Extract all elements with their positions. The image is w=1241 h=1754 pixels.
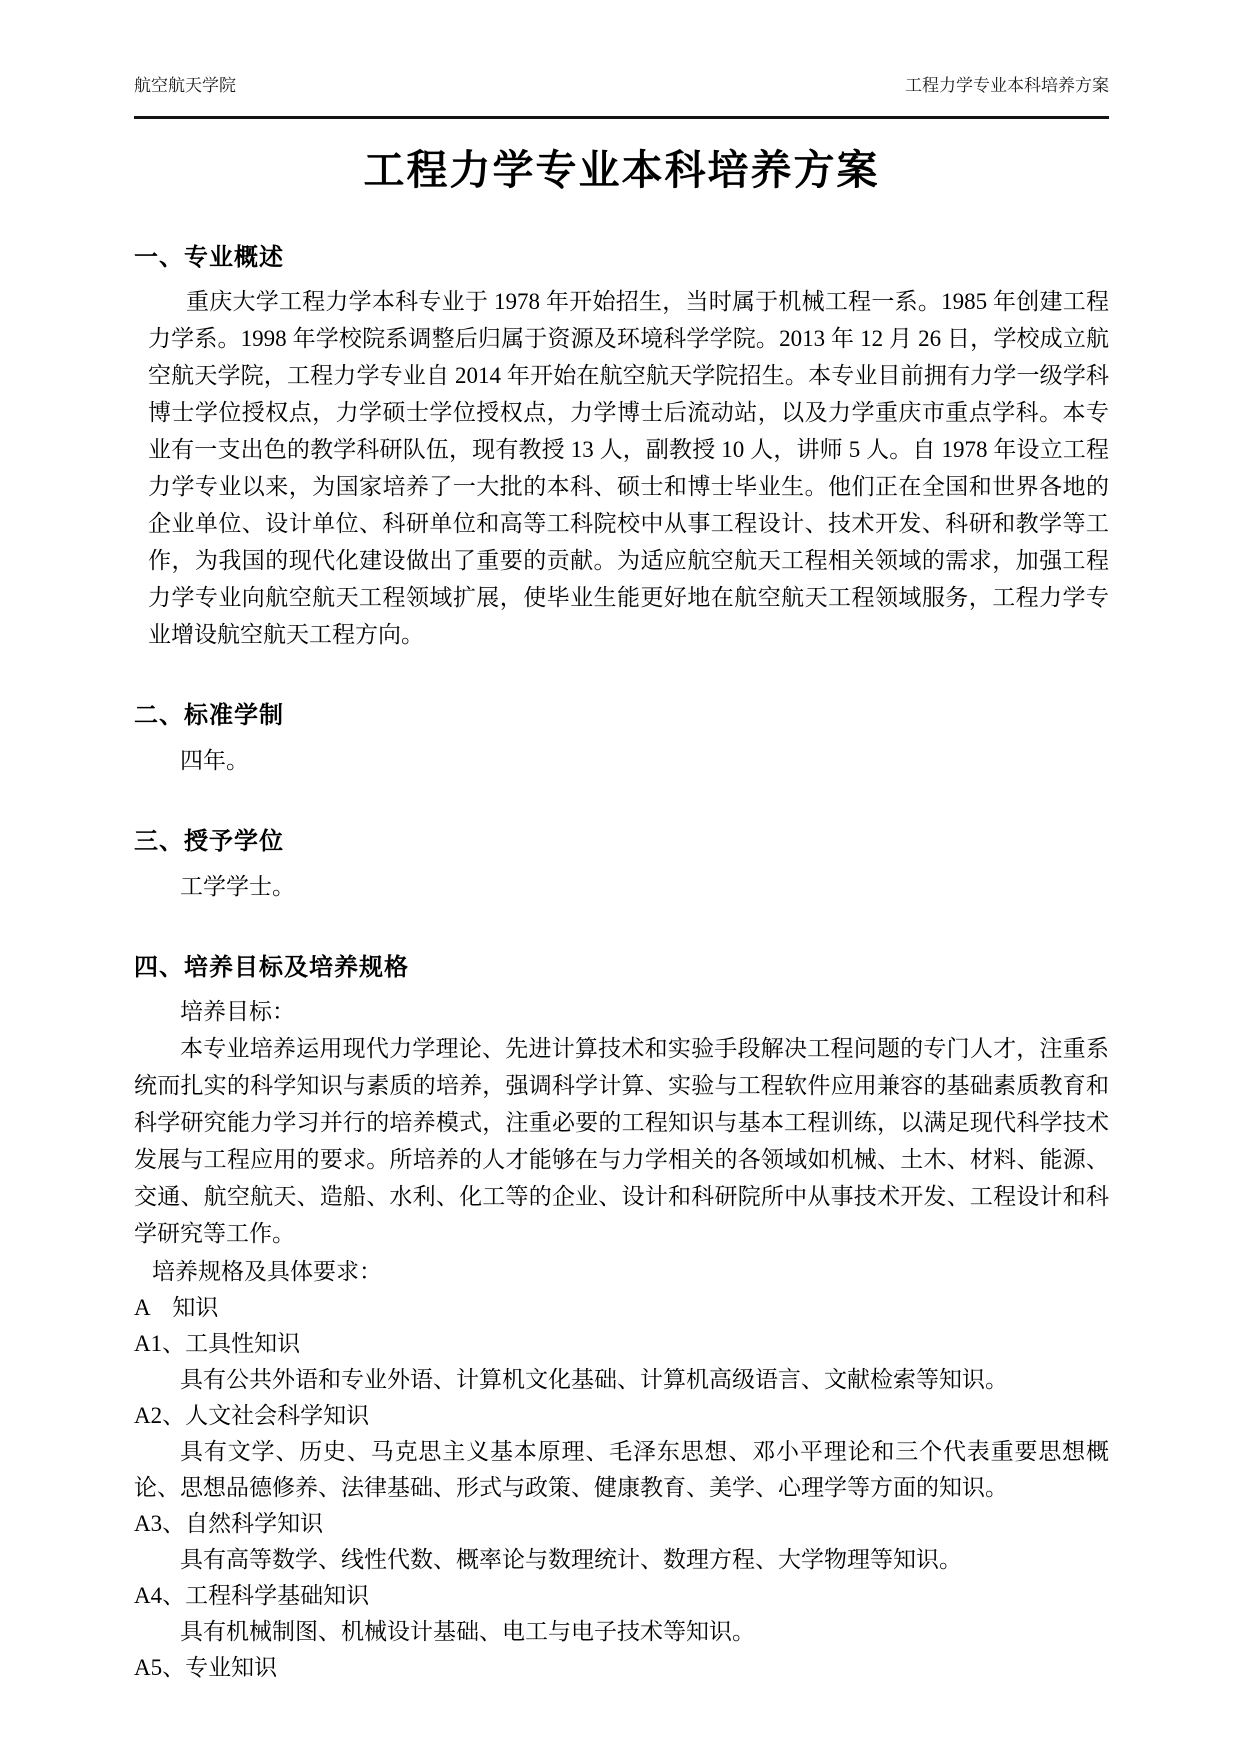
document-page: 航空航天学院 工程力学专业本科培养方案 工程力学专业本科培养方案 一、专业概述 … [0, 0, 1241, 1754]
requirement-a4-desc: 具有机械制图、机械设计基础、电工与电子技术等知识。 [134, 1614, 1109, 1650]
requirement-a2-line: A2、人文社会科学知识 [134, 1398, 1109, 1434]
page-header: 航空航天学院 工程力学专业本科培养方案 [134, 76, 1109, 96]
requirement-a-line: A 知识 [134, 1290, 1109, 1326]
section-duration-content: 四年。 [134, 743, 1109, 779]
training-objective-label: 培养目标： [134, 993, 1109, 1030]
requirement-a2-desc: 具有文学、历史、马克思主义基本原理、毛泽东思想、邓小平理论和三个代表重要思想概论… [134, 1434, 1109, 1506]
training-objective-paragraph: 本专业培养运用现代力学理论、先进计算技术和实验手段解决工程问题的专门人才，注重系… [134, 1030, 1109, 1252]
section-training-heading: 四、培养目标及培养规格 [134, 953, 1109, 983]
section-degree-content: 工学学士。 [134, 869, 1109, 905]
header-right-text: 工程力学专业本科培养方案 [905, 76, 1109, 96]
section-overview-heading: 一、专业概述 [134, 243, 1109, 273]
requirement-a1-line: A1、工具性知识 [134, 1326, 1109, 1362]
section-degree-heading: 三、授予学位 [134, 827, 1109, 857]
document-title: 工程力学专业本科培养方案 [134, 145, 1109, 195]
header-divider [134, 116, 1109, 119]
requirement-a1-desc: 具有公共外语和专业外语、计算机文化基础、计算机高级语言、文献检索等知识。 [134, 1362, 1109, 1398]
requirement-a3-desc: 具有高等数学、线性代数、概率论与数理统计、数理方程、大学物理等知识。 [134, 1542, 1109, 1578]
requirement-a5-line: A5、专业知识 [134, 1650, 1109, 1686]
header-left-text: 航空航天学院 [134, 76, 236, 96]
requirement-a3-line: A3、自然科学知识 [134, 1506, 1109, 1542]
training-specs-label: 培养规格及具体要求： [134, 1254, 1109, 1290]
requirement-a4-line: A4、工程科学基础知识 [134, 1578, 1109, 1614]
section-overview-paragraph: 重庆大学工程力学本科专业于 1978 年开始招生，当时属于机械工程一系。1985… [148, 283, 1109, 653]
section-duration-heading: 二、标准学制 [134, 701, 1109, 731]
